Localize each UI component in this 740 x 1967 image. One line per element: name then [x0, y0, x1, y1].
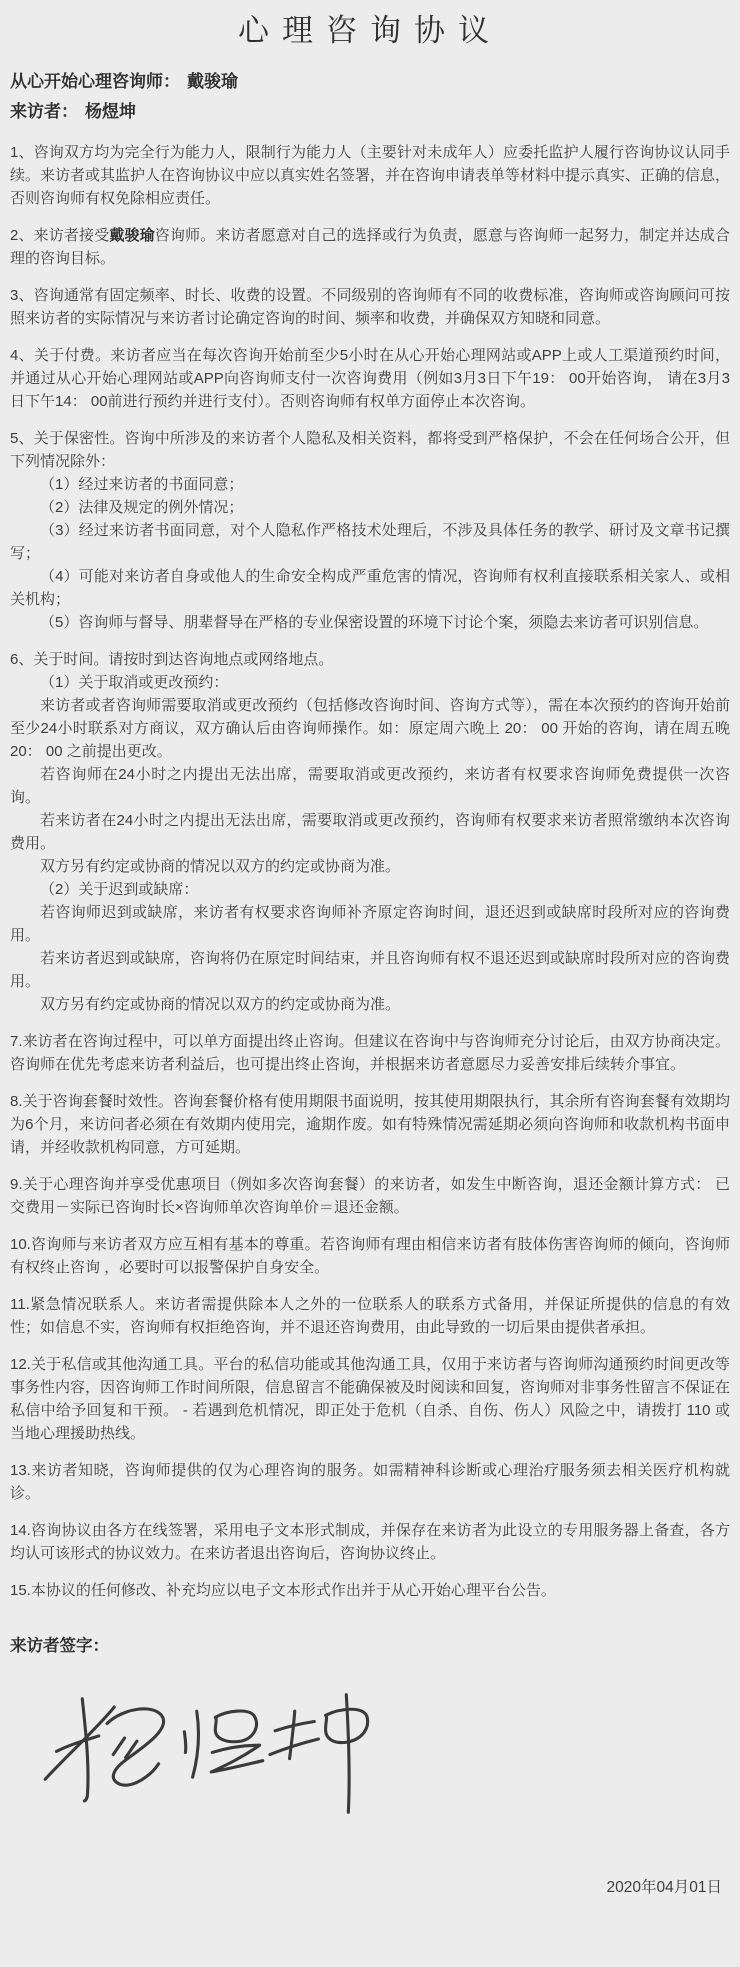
agreement-paragraph: 7.来访者在咨询过程中，可以单方面提出终止咨询。但建议在咨询中与咨询师充分讨论后… — [10, 1030, 730, 1076]
agreement-paragraph: （1）关于取消或更改预约： — [10, 671, 730, 694]
agreement-paragraph: 1、咨询双方均为完全行为能力人，限制行为能力人（主要针对未成年人）应委托监护人履… — [10, 141, 730, 210]
agreement-paragraph: 10.咨询师与来访者双方应互相有基本的尊重。若咨询师有理由相信来访者有肢体伤害咨… — [10, 1233, 730, 1279]
signature-area — [40, 1692, 370, 1817]
agreement-paragraph: 3、咨询通常有固定频率、时长、收费的设置。不同级别的咨询师有不同的收费标准，咨询… — [10, 284, 730, 330]
agreement-paragraph: （3）经过来访者书面同意，对个人隐私作严格技术处理后，不涉及具体任务的教学、研讨… — [10, 519, 730, 565]
agreement-paragraph: 11.紧急情况联系人。来访者需提供除本人之外的一位联系人的联系方式备用，并保证所… — [10, 1293, 730, 1339]
agreement-paragraph: 若来访者在24小时之内提出无法出席，需要取消或更改预约，咨询师有权要求来访者照常… — [10, 809, 730, 855]
agreement-paragraph: 12.关于私信或其他沟通工具。平台的私信功能或其他沟通工具，仅用于来访者与咨询师… — [10, 1353, 730, 1445]
agreement-paragraph: （2）关于迟到或缺席： — [10, 878, 730, 901]
signature-label: 来访者签字： — [10, 1634, 730, 1658]
agreement-paragraph: （2）法律及规定的例外情况； — [10, 496, 730, 519]
document-title: 心理咨询协议 — [10, 12, 730, 51]
client-name: 杨煜坤 — [85, 102, 136, 121]
agreement-paragraph: （4）可能对来访者自身或他人的生命安全构成严重危害的情况，咨询师有权利直接联系相… — [10, 565, 730, 611]
counselor-label: 从心开始心理咨询师： — [10, 72, 180, 91]
agreement-paragraph: 若来访者迟到或缺席，咨询将仍在原定时间结束，并且咨询师有权不退还迟到或缺席时段所… — [10, 947, 730, 993]
agreement-paragraph: 双方另有约定或协商的情况以双方的约定或协商为准。 — [10, 993, 730, 1016]
agreement-paragraph: 4、关于付费。来访者应当在每次咨询开始前至少5小时在从心开始心理网站或APP上或… — [10, 344, 730, 413]
counselor-line: 从心开始心理咨询师：戴骏瑜 — [10, 67, 730, 97]
client-label: 来访者： — [10, 102, 78, 121]
agreement-paragraph: 6、关于时间。请按时到达咨询地点或网络地点。 — [10, 648, 730, 671]
agreement-paragraph: 双方另有约定或协商的情况以双方的约定或协商为准。 — [10, 855, 730, 878]
agreement-date: 2020年04月01日 — [10, 1875, 730, 1897]
client-line: 来访者：杨煜坤 — [10, 97, 730, 127]
agreement-paragraph: 若咨询师迟到或缺席，来访者有权要求咨询师补齐原定咨询时间，退还迟到或缺席时段所对… — [10, 901, 730, 947]
agreement-paragraph: 13.来访者知晓，咨询师提供的仅为心理咨询的服务。如需精神科诊断或心理治疗服务须… — [10, 1459, 730, 1505]
agreement-body: 1、咨询双方均为完全行为能力人，限制行为能力人（主要针对未成年人）应委托监护人履… — [10, 141, 730, 1602]
agreement-paragraph: 2、来访者接受戴骏瑜咨询师。来访者愿意对自己的选择或行为负责，愿意与咨询师一起努… — [10, 224, 730, 270]
agreement-paragraph: 14.咨询协议由各方在线签署，采用电子文本形式制成，并保存在来访者为此设立的专用… — [10, 1519, 730, 1565]
counselor-name: 戴骏瑜 — [187, 72, 238, 91]
agreement-paragraph: （5）咨询师与督导、朋辈督导在严格的专业保密设置的环境下讨论个案，须隐去来访者可… — [10, 611, 730, 634]
agreement-paragraph: 9.关于心理咨询并享受优惠项目（例如多次咨询套餐）的来访者，如发生中断咨询，退还… — [10, 1173, 730, 1219]
agreement-paragraph: 来访者或者咨询师需要取消或更改预约（包括修改咨询时间、咨询方式等），需在本次预约… — [10, 694, 730, 763]
agreement-paragraph: 5、关于保密性。咨询中所涉及的来访者个人隐私及相关资料，都将受到严格保护，不会在… — [10, 427, 730, 473]
client-signature-handwriting — [40, 1692, 370, 1817]
agreement-paragraph: （1）经过来访者的书面同意； — [10, 473, 730, 496]
agreement-paragraph: 若咨询师在24小时之内提出无法出席，需要取消或更改预约，来访者有权要求咨询师免费… — [10, 763, 730, 809]
agreement-paragraph: 15.本协议的任何修改、补充均应以电子文本形式作出并于从心开始心理平台公告。 — [10, 1579, 730, 1602]
agreement-paragraph: 8.关于咨询套餐时效性。咨询套餐价格有使用期限书面说明，按其使用期限执行，其余所… — [10, 1090, 730, 1159]
